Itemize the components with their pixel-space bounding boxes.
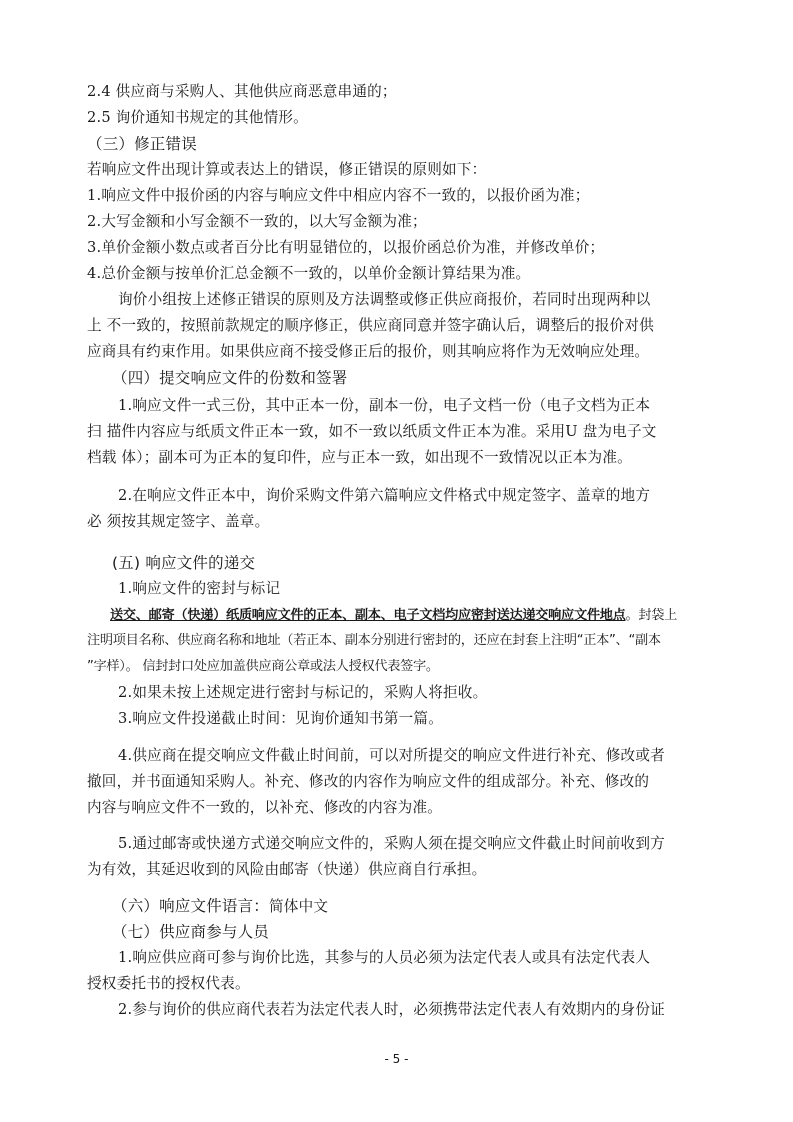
list-item: 2.如果未按上述规定进行密封与标记的，采购人将拒收。 xyxy=(118,683,738,703)
paragraph-text: ”字样）。 信封封口处应加盖供应商公章或法人授权代表签字。 xyxy=(87,657,707,677)
paragraph-text: 上 不一致的，按照前款规定的顺序修正，供应商同意并签字确认后，调整后的报价对供 xyxy=(87,316,707,336)
paragraph-text: 内容与响应文件不一致的，以补充、修改的内容为准。 xyxy=(87,798,707,818)
page-number: - 5 - xyxy=(0,1052,793,1066)
section-heading-3: （三）修正错误 xyxy=(87,134,707,154)
paragraph-text: 撤回，并书面通知采购人。补充、修改的内容作为响应文件的组成部分。补充、修改的 xyxy=(87,772,707,792)
list-item: 2.参与询价的供应商代表若为法定代表人时，必须携带法定代表人有效期内的身份证 xyxy=(118,1000,738,1020)
list-item: 4.总价金额与按单价汇总金额不一致的，以单价金额计算结果为准。 xyxy=(87,264,707,284)
heading-label: （六）响应文件语言： xyxy=(112,897,269,915)
clause-2-4: 2.4 供应商与采购人、其他供应商恶意串通的； xyxy=(87,82,707,102)
subsection-title: 1.响应文件的密封与标记 xyxy=(118,579,738,599)
paragraph-text: 2.在响应文件正本中，询价采购文件第六篇响应文件格式中规定签字、盖章的地方 xyxy=(118,486,738,506)
paragraph-text: 为有效，其延迟收到的风险由邮寄（快递）供应商自行承担。 xyxy=(87,860,707,880)
list-item: 3.响应文件投递截止时间：见询价通知书第一篇。 xyxy=(118,709,738,729)
list-item: 1.响应供应商可参与询价比选，其参与的人员必须为法定代表人或具有法定代表人 xyxy=(118,948,738,968)
language-value: 简体中文 xyxy=(269,898,328,915)
paragraph-text: 5.通过邮寄或快递方式递交响应文件的，采购人须在提交响应文件截止时间前收到方 xyxy=(118,834,738,854)
section-heading-5: (五) 响应文件的递交 xyxy=(112,553,732,573)
paragraph-text: 1.响应文件一式三份，其中正本一份，副本一份，电子文档一份（电子文档为正本 xyxy=(118,396,738,416)
paragraph-text: 注明项目名称、供应商名称和地址（若正本、副本分别进行密封的，还应在封套上注明“正… xyxy=(87,631,707,651)
paragraph-text: 询价小组按上述修正错误的原则及方法调整或修正供应商报价，若同时出现两种以 xyxy=(118,290,738,310)
paragraph-text: 。封袋上 xyxy=(626,608,678,623)
clause-2-5: 2.5 询价通知书规定的其他情形。 xyxy=(87,108,707,128)
paragraph-text: 授权委托书的授权代表。 xyxy=(87,974,707,994)
underlined-bold-text: 送交、邮寄（快递）纸质响应文件的正本、副本、电子文档均应密封送达递交响应文件地点 xyxy=(110,608,626,623)
document-page: 2.4 供应商与采购人、其他供应商恶意串通的； 2.5 询价通知书规定的其他情形… xyxy=(0,0,793,1122)
paragraph-text: 应商具有约束作用。如果供应商不接受修正后的报价，则其响应将作为无效响应处理。 xyxy=(87,342,707,362)
paragraph-text: 若响应文件出现计算或表达上的错误，修正错误的原则如下： xyxy=(87,160,707,180)
section-heading-4: （四）提交响应文件的份数和签署 xyxy=(112,368,732,388)
list-item: 2.大写金额和小写金额不一致的，以大写金额为准； xyxy=(87,212,707,232)
paragraph-text: 4.供应商在提交响应文件截止时间前，可以对所提交的响应文件进行补充、修改或者 xyxy=(118,746,738,766)
paragraph-text: 必 须按其规定签字、盖章。 xyxy=(87,512,707,532)
paragraph-text: 扫 描件内容应与纸质文件正本一致，如不一致以纸质文件正本为准。采用U 盘为电子文 xyxy=(87,422,707,442)
section-heading-7: （七）供应商参与人员 xyxy=(112,922,732,942)
section-heading-6: （六）响应文件语言：简体中文 xyxy=(112,896,732,917)
paragraph-text: 档载 体）；副本可为正本的复印件，应与正本一致，如出现不一致情况以正本为准。 xyxy=(87,448,707,468)
emphasized-paragraph: 送交、邮寄（快递）纸质响应文件的正本、副本、电子文档均应密封送达递交响应文件地点… xyxy=(110,605,730,626)
list-item: 1.响应文件中报价函的内容与响应文件中相应内容不一致的，以报价函为准； xyxy=(87,186,707,206)
list-item: 3.单价金额小数点或者百分比有明显错位的，以报价函总价为准，并修改单价； xyxy=(87,238,707,258)
